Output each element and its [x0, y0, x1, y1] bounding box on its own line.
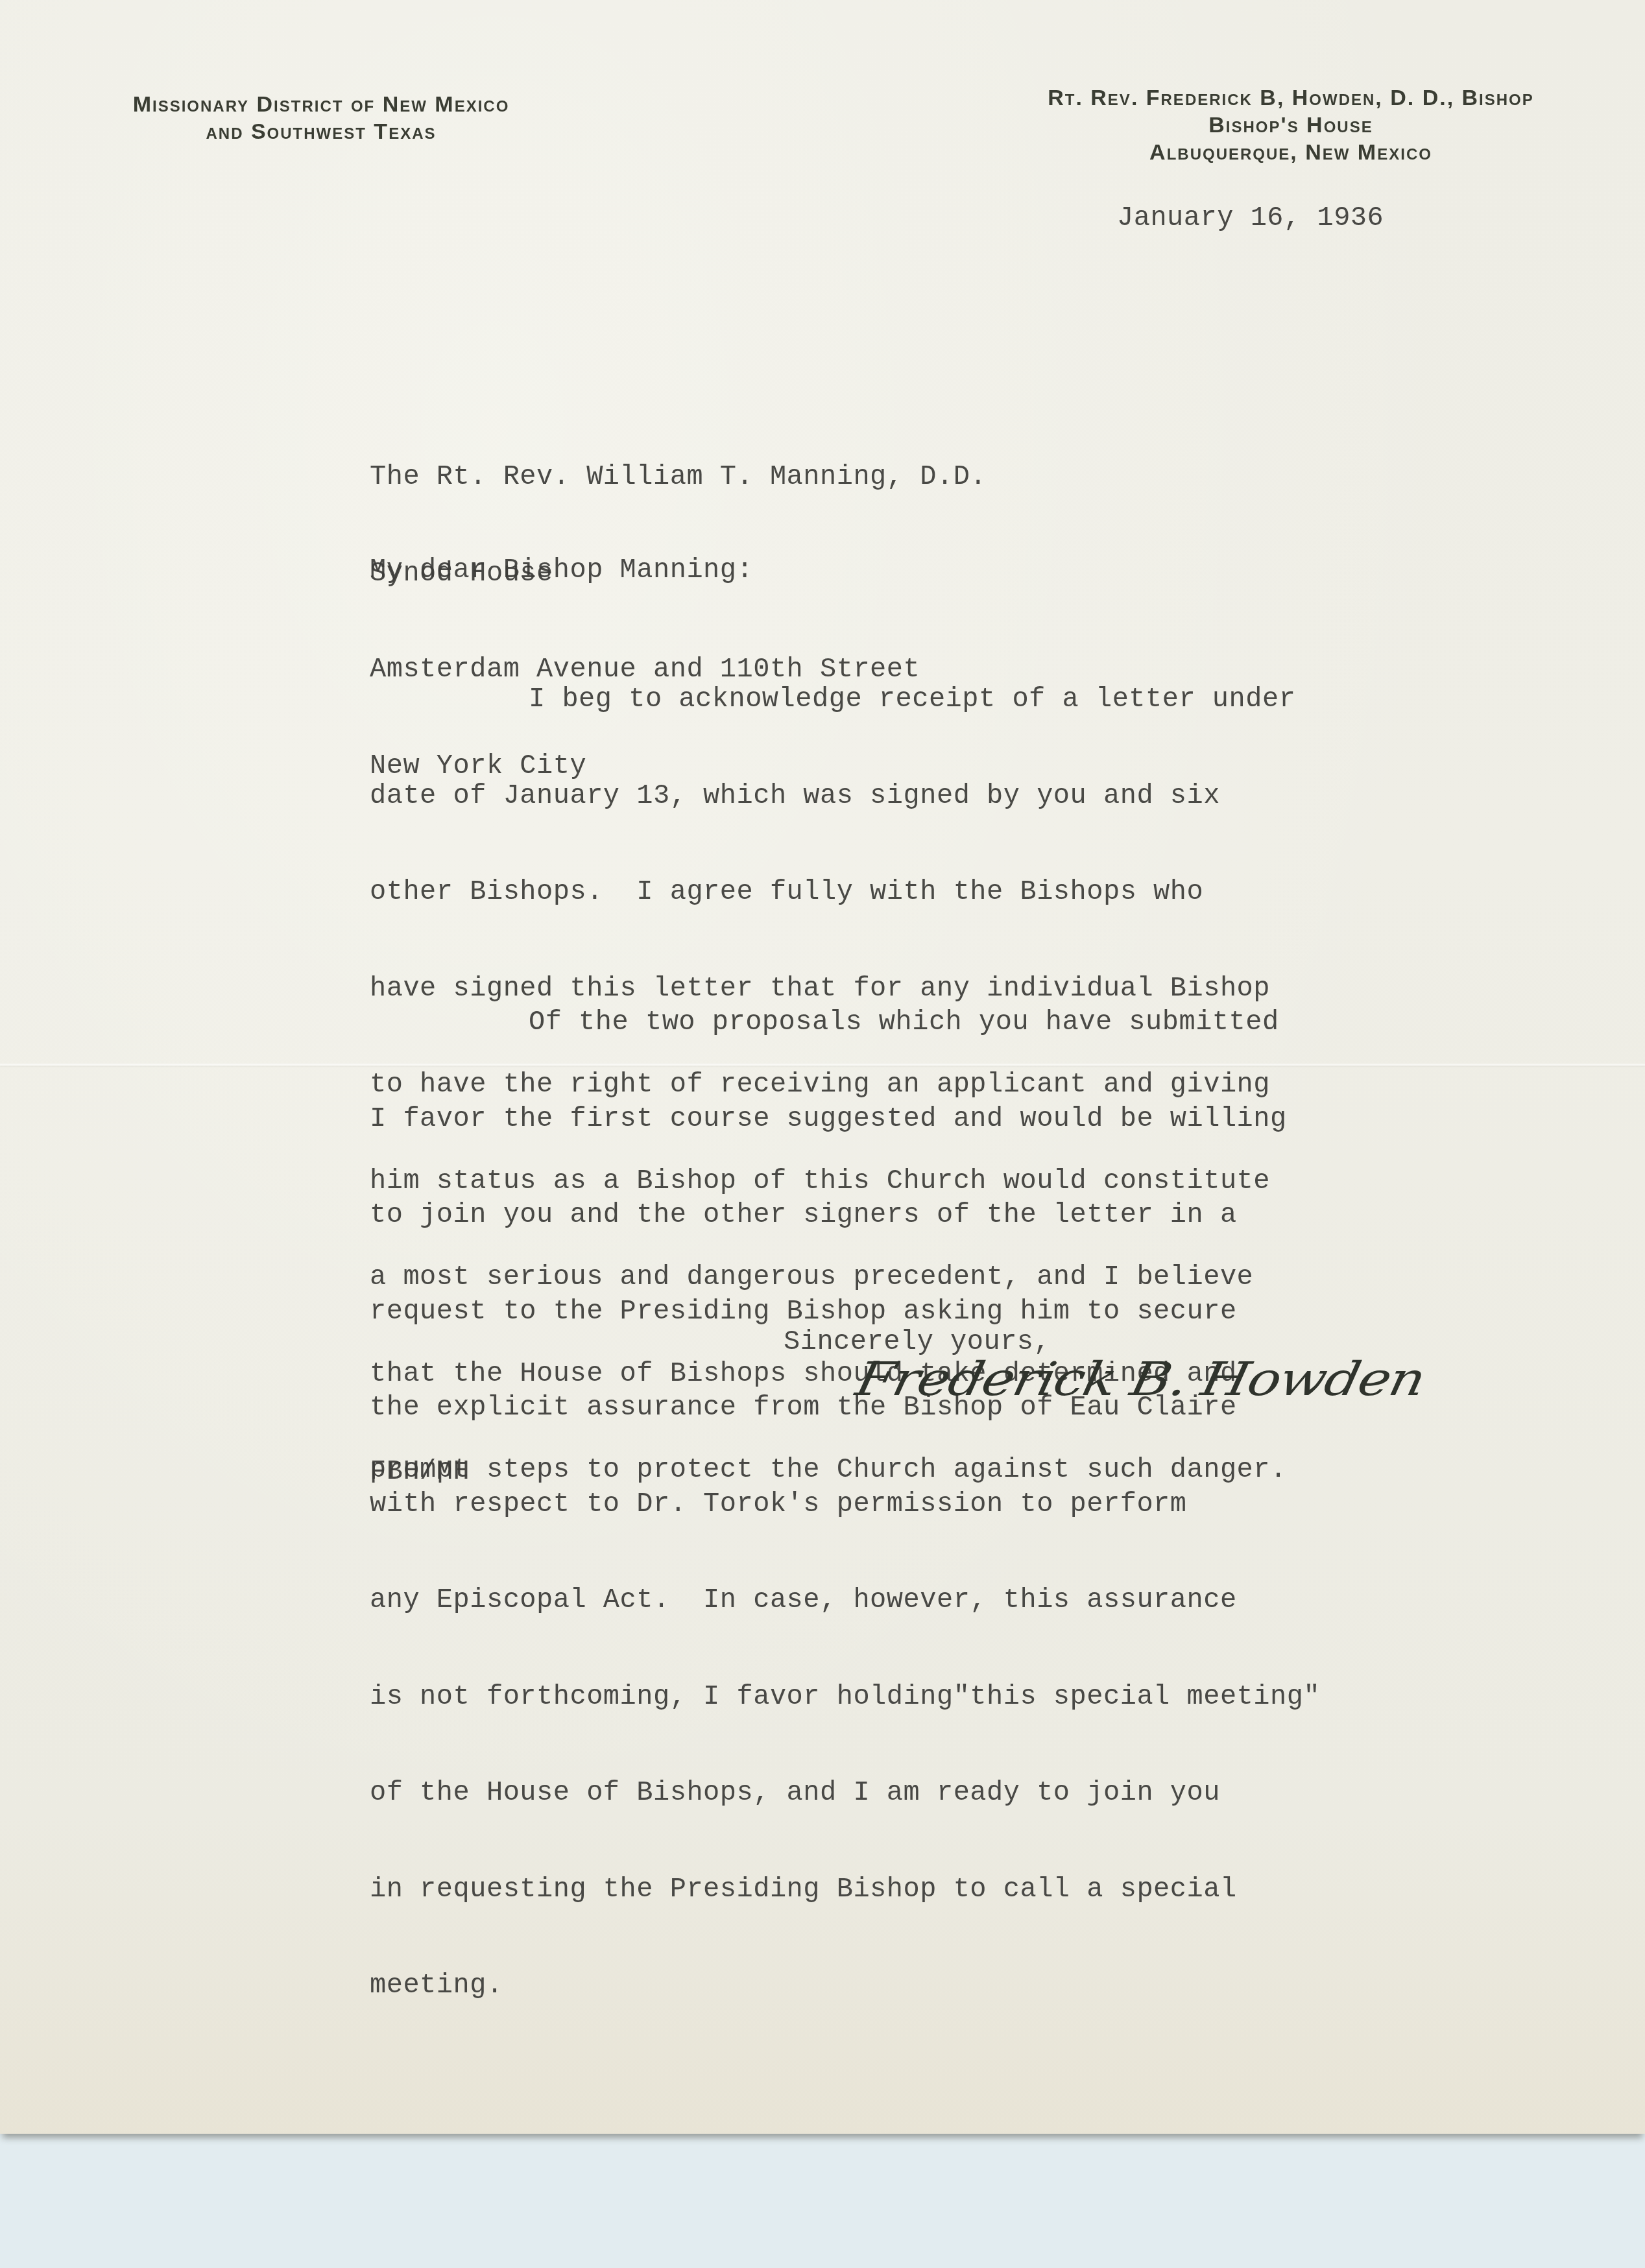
paragraph-line: other Bishops. I agree fully with the Bi…: [370, 876, 1295, 909]
paragraph-line: any Episcopal Act. In case, however, thi…: [370, 1584, 1320, 1617]
paragraph-line: request to the Presiding Bishop asking h…: [370, 1296, 1320, 1328]
paragraph-line: is not forthcoming, I favor holding"this…: [370, 1681, 1320, 1713]
paragraph-line: of the House of Bishops, and I am ready …: [370, 1777, 1320, 1809]
recipient-name: The Rt. Rev. William T. Manning, D.D.: [370, 461, 987, 494]
letterhead-district-line2: and Southwest Texas: [97, 118, 545, 145]
letterhead-bishop-house: Bishop's House: [999, 112, 1583, 139]
letter-page: Missionary District of New Mexico and So…: [0, 0, 1645, 2134]
letterhead-district-line1: Missionary District of New Mexico: [97, 91, 545, 118]
salutation: My dear Bishop Manning:: [370, 555, 753, 587]
signature-text: Frederick B. Howden: [851, 1352, 1414, 1406]
letterhead-bishop: Rt. Rev. Frederick B, Howden, D. D., Bis…: [999, 84, 1583, 166]
letterhead-bishop-name: Rt. Rev. Frederick B, Howden, D. D., Bis…: [999, 84, 1583, 112]
paragraph-line: Of the two proposals which you have subm…: [370, 1007, 1320, 1039]
letter-date: January 16, 1936: [1117, 202, 1384, 235]
paragraph-line: date of January 13, which was signed by …: [370, 780, 1295, 813]
paragraph-line: I beg to acknowledge receipt of a letter…: [370, 684, 1295, 716]
paragraph-line: I favor the first course suggested and w…: [370, 1103, 1320, 1136]
reference-initials: FBH/MH: [370, 1456, 470, 1488]
paragraph-line: with respect to Dr. Torok's permission t…: [370, 1488, 1320, 1521]
letterhead-bishop-city: Albuquerque, New Mexico: [999, 139, 1583, 166]
paragraph-line: in requesting the Presiding Bishop to ca…: [370, 1874, 1320, 1906]
paragraph-line: meeting.: [370, 1970, 1320, 2002]
body-paragraph-2: Of the two proposals which you have subm…: [370, 942, 1320, 2066]
letterhead-district: Missionary District of New Mexico and So…: [97, 91, 545, 145]
paragraph-line: to join you and the other signers of the…: [370, 1199, 1320, 1232]
handwritten-signature: Frederick B. Howden: [863, 1352, 1414, 1437]
